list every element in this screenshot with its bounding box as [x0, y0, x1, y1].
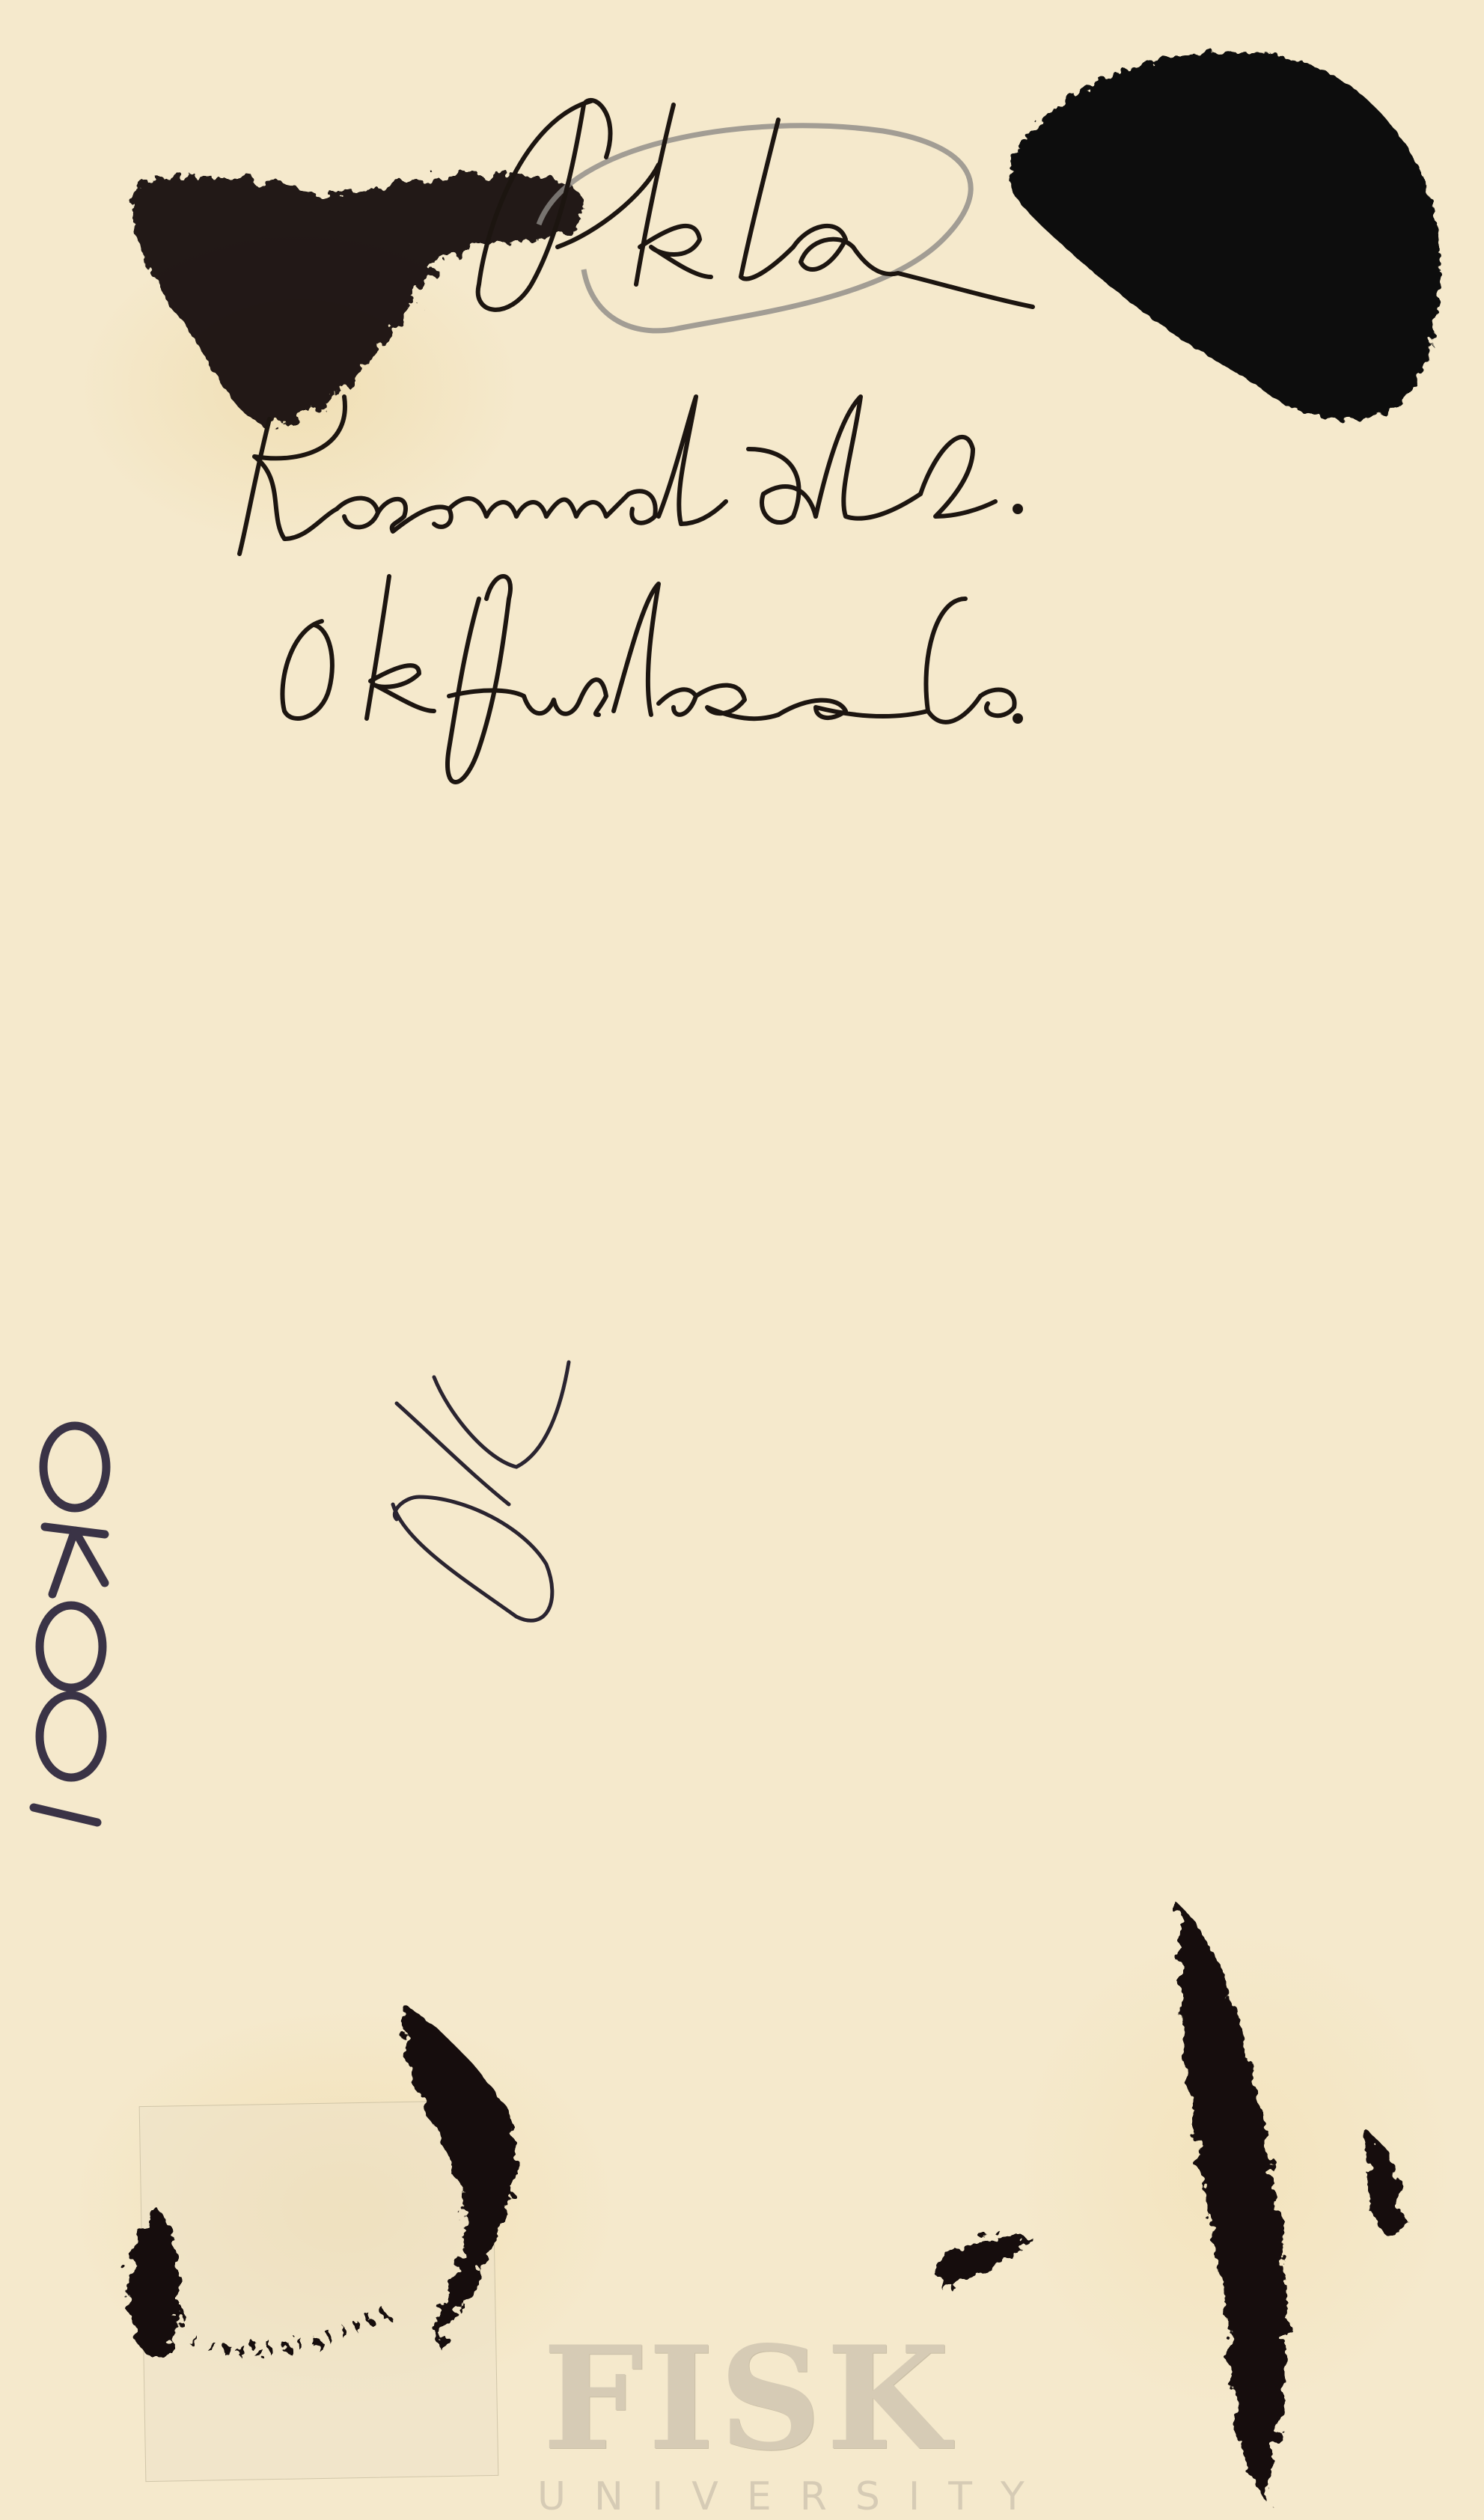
- ink-stain-bottom-right: [935, 1909, 1402, 2500]
- handwriting-rosenwald: [239, 397, 1021, 554]
- pencil-loop: [539, 126, 971, 331]
- fisk-university-watermark: FISK UNIVERSITY: [509, 2328, 988, 2519]
- handwriting-okla: [478, 100, 1033, 310]
- handwriting-and-stains: [0, 0, 1484, 2520]
- handwriting-okfuskee: [282, 576, 1021, 782]
- document-card: Okla Rosenwald Sc. Okfuskee Co. OK 001 O…: [0, 0, 1484, 2520]
- ink-stain-bottom-left: [127, 2006, 516, 2359]
- rotated-catalog-marker: [34, 1426, 106, 1822]
- watermark-main: FISK: [509, 2328, 988, 2470]
- ink-blot-top-right: [1010, 52, 1441, 420]
- watermark-sub: UNIVERSITY: [509, 2474, 988, 2519]
- center-pen-mark: [393, 1362, 569, 1620]
